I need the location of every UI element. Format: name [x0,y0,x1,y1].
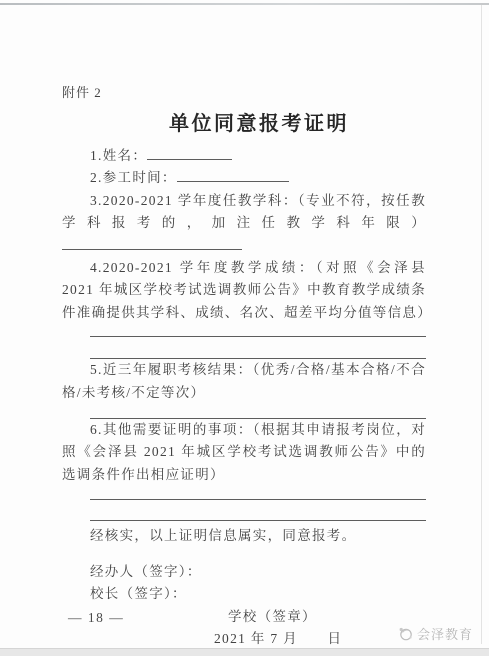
handler-signature-line: 经办人（签字）： [62,561,426,583]
blank-answer-line [90,324,426,337]
field-teaching-results: 4.2020-2021 学年度教学成绩：（对照《会泽县 2021 年城区学校考试… [62,257,426,324]
page-number: — 18 — [68,610,124,626]
field-name-label: 1.姓名： [90,148,147,163]
blank-answer-line [90,500,426,521]
date-line: 2021 年 7 月 日 [214,628,426,650]
blank-answer-line [90,486,426,500]
huize-education-logo-icon [397,625,414,642]
field-work-start-line: 2.参工时间： [62,167,426,189]
field-teaching-subject-text: 3.2020-2021 学年度任教学科：（专业不符，按任教学科报考的，加注任教学… [62,193,426,230]
document-content: 附件 2 单位同意报考证明 1.姓名： 2.参工时间： 3.2020-2021 … [62,0,426,650]
principal-signature-line: 校长（签字）： [62,583,426,605]
page-right-edge [481,5,482,644]
field-assessment-results: 5.近三年履职考核结果：（优秀/合格/基本合格/不合格/未考核/不定等次） [62,359,426,404]
work-start-blank-line [177,168,289,182]
field-name-line: 1.姓名： [62,145,426,167]
field-teaching-subject: 3.2020-2021 学年度任教学科：（专业不符，按任教学科报考的，加注任教学… [62,190,426,257]
blank-answer-line [90,337,426,359]
page-bottom-edge [0,648,489,656]
blank-answer-line [90,404,426,419]
field-other-items: 6.其他需要证明的事项：（根据其申请报考岗位，对照《会泽县 2021 年城区学校… [62,419,426,486]
document-title: 单位同意报考证明 [92,111,426,137]
watermark: 会泽教育 [397,624,473,643]
document-page: 附件 2 单位同意报考证明 1.姓名： 2.参工时间： 3.2020-2021 … [0,0,489,656]
name-blank-line [147,146,232,160]
attachment-label: 附件 2 [62,82,426,101]
field-work-start-label: 2.参工时间： [90,170,177,185]
confirmation-statement: 经核实，以上证明信息属实，同意报考。 [62,525,426,547]
teaching-subject-blank-line [62,236,242,250]
watermark-text: 会泽教育 [417,624,473,643]
